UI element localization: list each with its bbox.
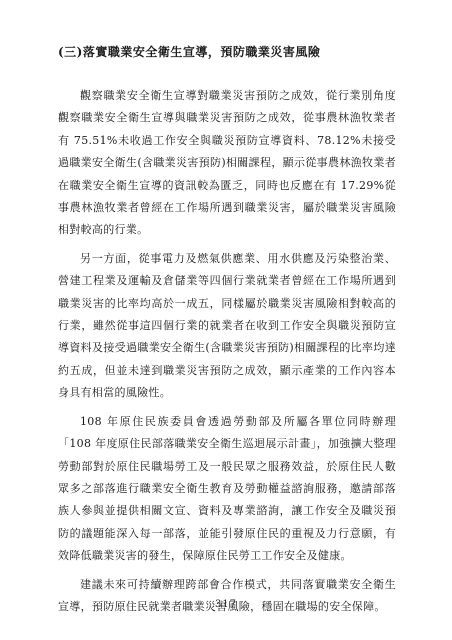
paragraph-4: 建議未來可持續辦理跨部會合作模式，共同落實職業安全衛生宣導，預防原住民就業者職業…: [58, 574, 396, 619]
paragraph-1: 觀察職業安全衛生宣導對職業災害預防之成效，從行業別角度觀察職業安全衛生宣導與職業…: [58, 85, 396, 242]
paragraph-3: 108 年原住民族委員會透過勞動部及所屬各單位同時辦理「108 年度原住民部落職…: [58, 411, 396, 568]
page-number: 317: [0, 599, 452, 610]
document-page: (三)落實職業安全衛生宣導，預防職業災害風險 觀察職業安全衛生宣導對職業災害預防…: [0, 0, 452, 640]
document-body: 觀察職業安全衛生宣導對職業災害預防之成效，從行業別角度觀察職業安全衛生宣導與職業…: [58, 85, 396, 618]
section-heading: (三)落實職業安全衛生宣導，預防職業災害風險: [58, 44, 396, 61]
paragraph-2: 另一方面，從事電力及燃氣供應業、用水供應及污染整治業、營建工程業及運輸及倉儲業等…: [58, 248, 396, 405]
